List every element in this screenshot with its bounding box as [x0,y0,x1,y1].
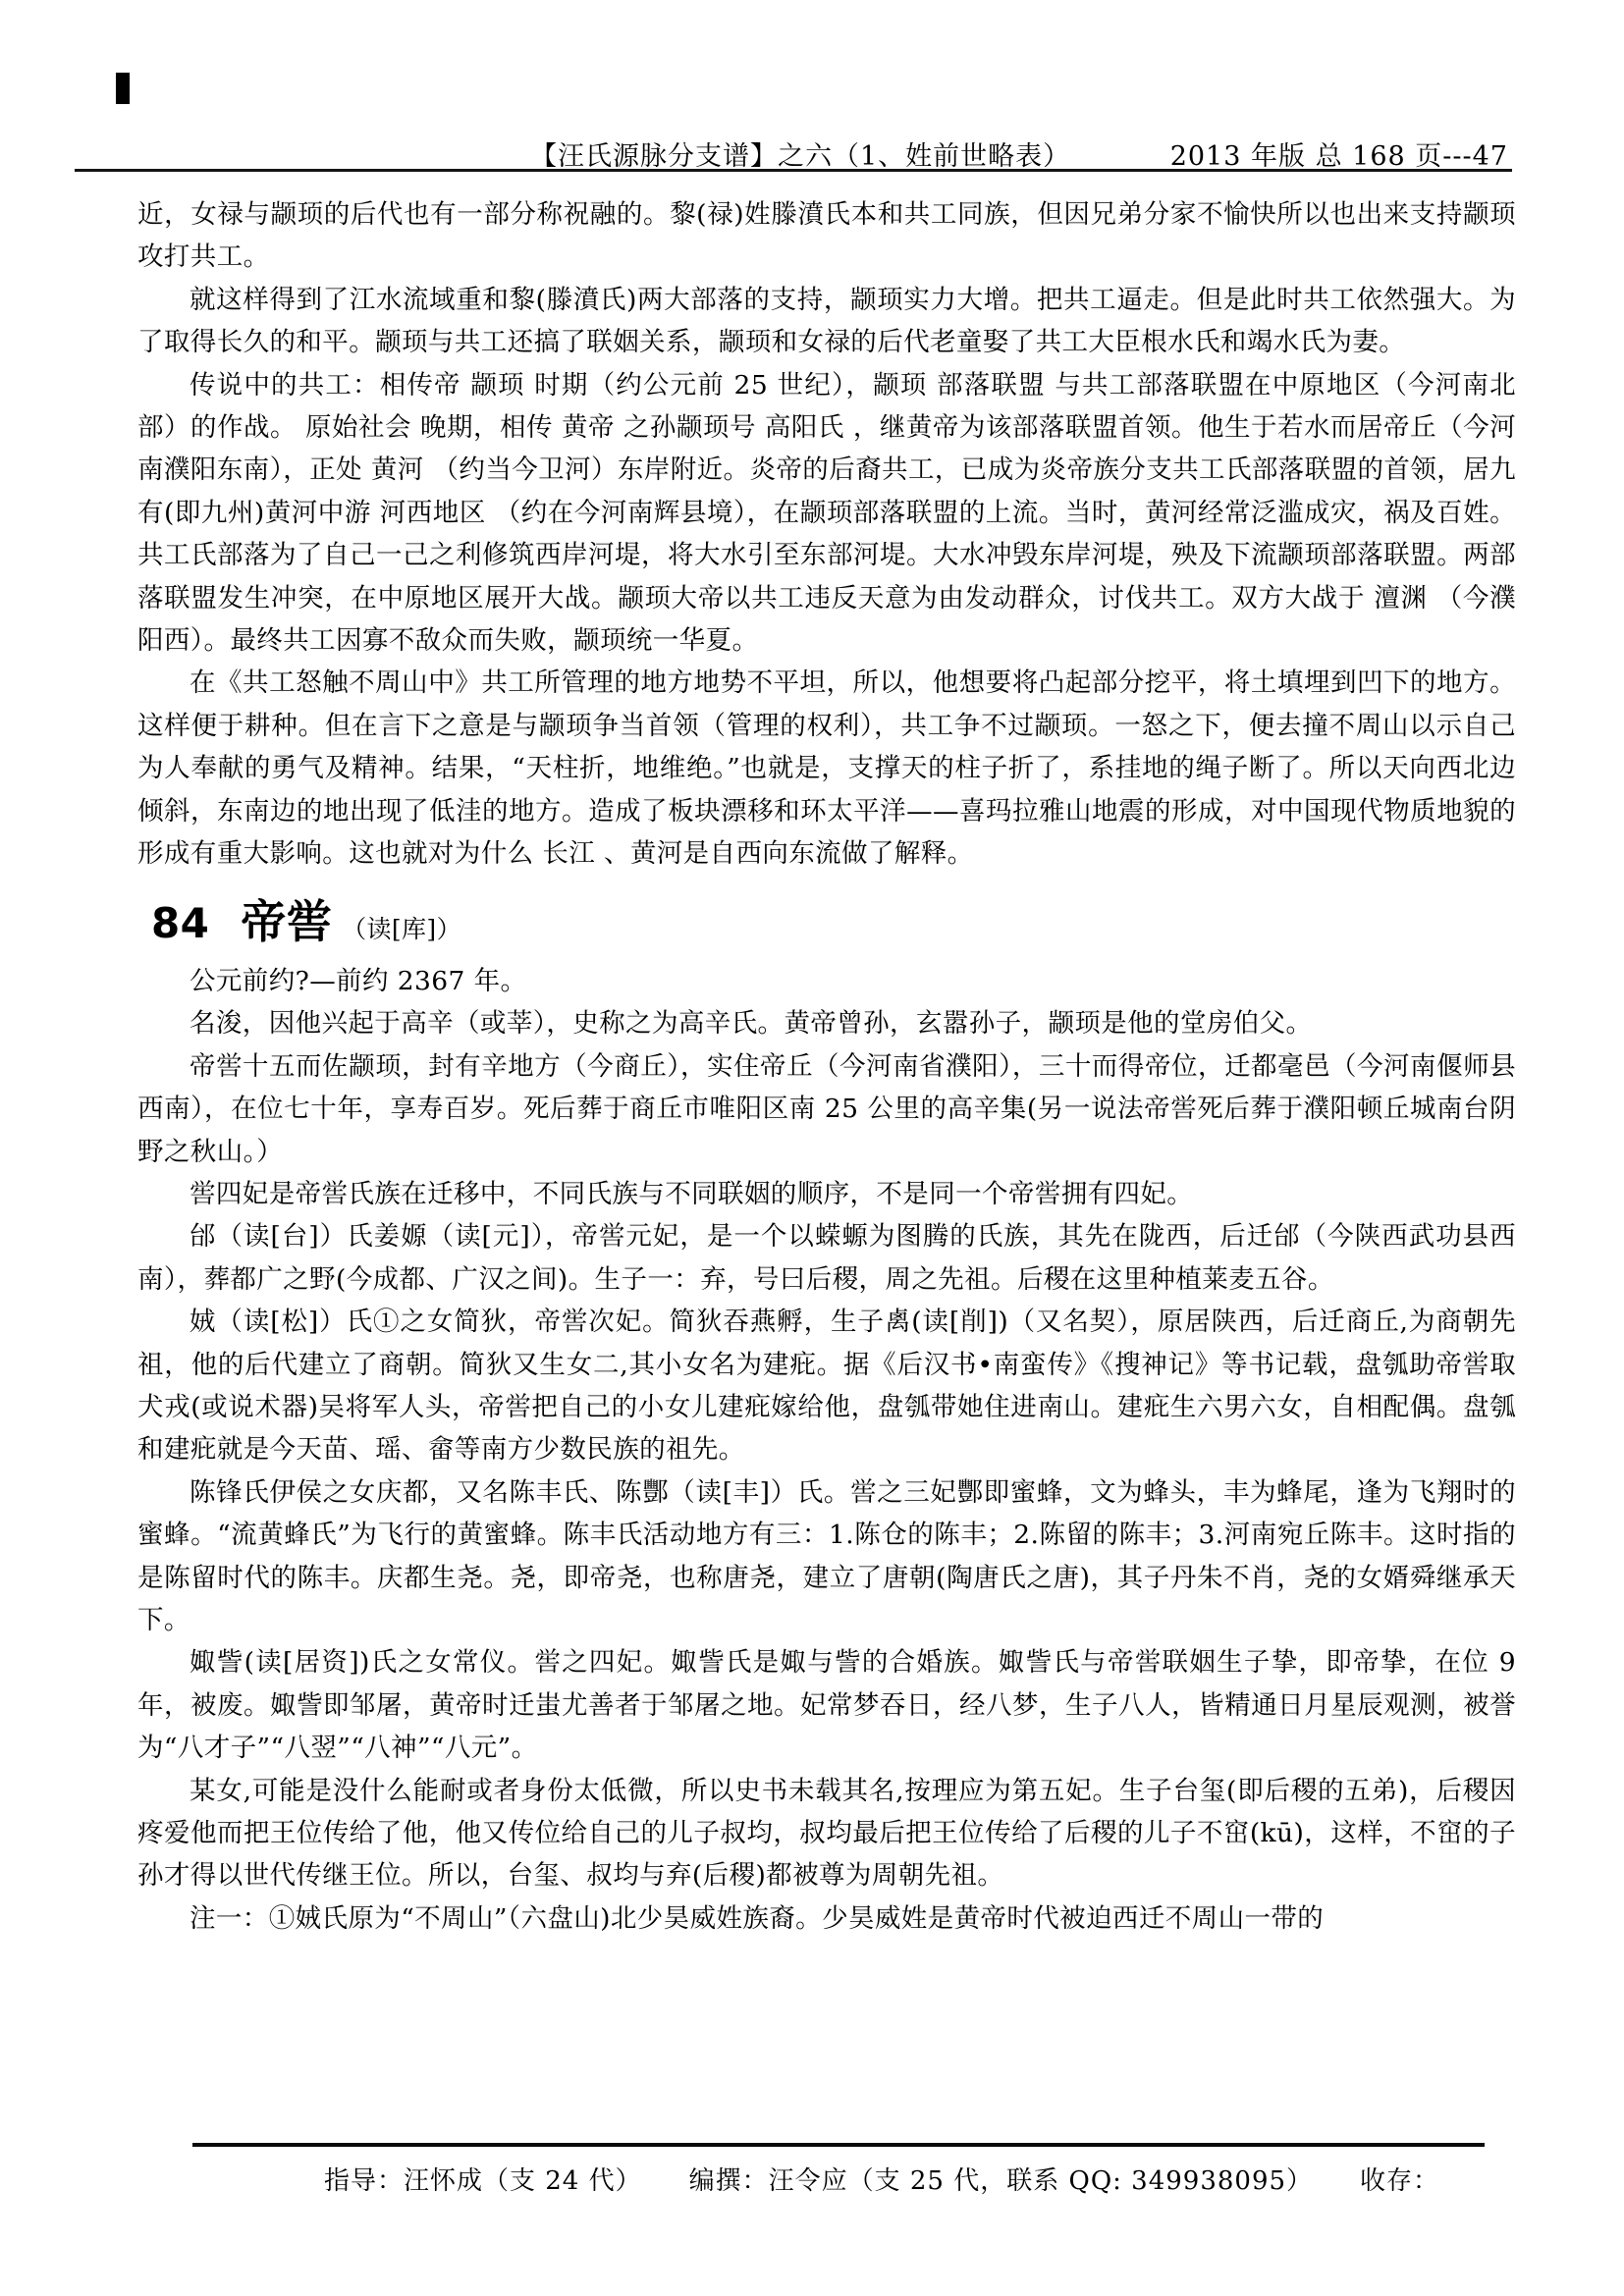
paragraph: 娀（读[松]）氏①之女简狄，帝喾次妃。简狄吞燕孵，生子禼(读[削])（又名契），… [137,1301,1516,1471]
paragraph: 某女,可能是没什么能耐或者身份太低微，所以史书未载其名,按理应为第五妃。生子台玺… [137,1770,1516,1897]
page-header: 【汪氏源脉分支谱】之六（1、姓前世略表） 2013 年版 总 168 页---4… [530,134,1508,173]
section-heading: 84帝喾（读[库]） [151,901,1516,950]
page-footer: 指导：汪怀成（支 24 代） 编撰：汪令应（支 25 代，联系 QQ: 3499… [324,2161,1439,2197]
paragraph-footnote: 注一：①娀氏原为“不周山”（六盘山)北少昊威姓族裔。少昊威姓是黄帝时代被迫西迁不… [137,1897,1516,1940]
paragraph: 喾四妃是帝喾氏族在迁移中，不同氏族与不同联姻的顺序，不是同一个帝喾拥有四妃。 [137,1173,1516,1215]
section-number: 84 [151,899,209,947]
paragraph: 公元前约?—前约 2367 年。 [137,960,1516,1002]
scan-artifact [116,73,130,104]
document-page: 【汪氏源脉分支谱】之六（1、姓前世略表） 2013 年版 总 168 页---4… [0,0,1624,2296]
footer-editor: 编撰：汪令应（支 25 代，联系 QQ: 349938095） [689,2161,1313,2197]
section-pronunciation: （读[库]） [342,915,461,943]
page-body: 近，女禄与颛顼的后代也有一部分称祝融的。黎(禄)姓滕濆氏本和共工同族，但因兄弟分… [137,193,1516,2139]
header-edition-page-info: 2013 年版 总 168 页---47 [1170,134,1508,173]
paragraph: 帝喾十五而佐颛顼，封有辛地方（今商丘），实住帝丘（今河南省濮阳），三十而得帝位，… [137,1045,1516,1173]
paragraph: 名浚，因他兴起于高辛（或莘），史称之为高辛氏。黄帝曾孙，玄嚣孙子，颛顼是他的堂房… [137,1002,1516,1044]
footer-advisor: 指导：汪怀成（支 24 代） [324,2161,642,2197]
paragraph: 在《共工怒触不周山中》共工所管理的地方地势不平坦，所以，他想要将凸起部分挖平，将… [137,662,1516,875]
paragraph: 娵訾(读[居资])氏之女常仪。喾之四妃。娵訾氏是娵与訾的合婚族。娵訾氏与帝喾联姻… [137,1641,1516,1769]
section-title: 帝喾 [241,895,332,948]
footer-divider [192,2143,1485,2147]
header-divider [75,169,1512,172]
paragraph-continuation: 近，女禄与颛顼的后代也有一部分称祝融的。黎(禄)姓滕濆氏本和共工同族，但因兄弟分… [137,193,1516,279]
paragraph: 邰（读[台]）氏姜嫄（读[元]），帝喾元妃，是一个以蝾螈为图腾的氏族，其先在陇西… [137,1215,1516,1301]
paragraph: 传说中的共工：相传帝 颛顼 时期（约公元前 25 世纪），颛顼 部落联盟 与共工… [137,364,1516,663]
paragraph: 就这样得到了江水流域重和黎(滕濆氏)两大部落的支持，颛顼实力大增。把共工逼走。但… [137,279,1516,364]
footer-keeper: 收存： [1360,2161,1439,2197]
paragraph: 陈锋氏伊侯之女庆都，又名陈丰氏、陈酆（读[丰]）氏。喾之三妃酆即蜜蜂，文为蜂头，… [137,1471,1516,1642]
header-book-title: 【汪氏源脉分支谱】之六（1、姓前世略表） [530,134,1070,173]
